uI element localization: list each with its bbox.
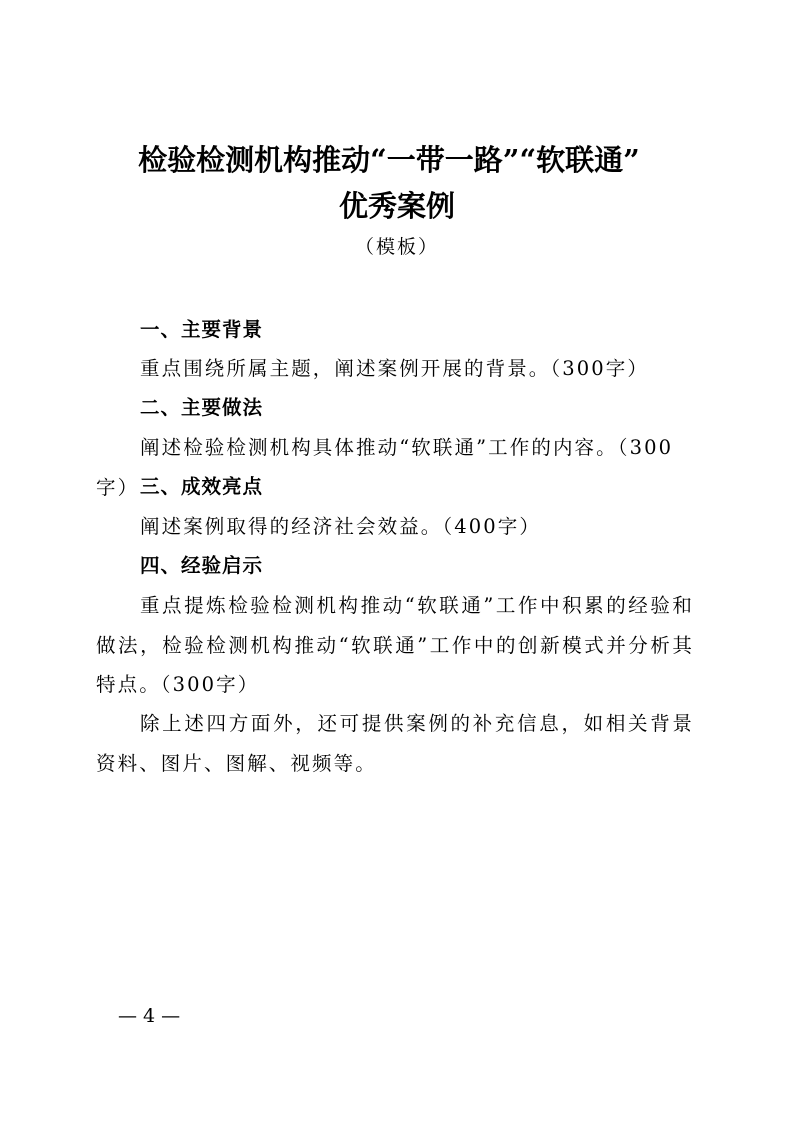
closing-note: 除上述四方面外，还可提供案例的补充信息，如相关背景资料、图片、图解、视频等。 [96,704,694,783]
page-number: — 4 — [118,1004,180,1028]
section-heading-3: 三、成效亮点 [96,467,696,507]
document-page: 检验检测机构推动“一带一路”“软联通” 优秀案例 （模板） 一、主要背景 重点围… [0,0,794,1123]
section-body-4: 重点提炼检验检测机构推动“软联通”工作中积累的经验和做法，检验检测机构推动“软联… [96,586,694,705]
section-heading-2: 二、主要做法 [96,388,696,428]
document-subtitle: （模板） [0,234,794,260]
section-heading-1: 一、主要背景 [96,310,696,350]
section-heading-4: 四、经验启示 [96,546,696,586]
section-body-3: 阐述案例取得的经济社会效益。（400字） [96,507,696,547]
section-body-1: 重点围绕所属主题，阐述案例开展的背景。（300字） [96,349,696,389]
document-title-line-1: 检验检测机构推动“一带一路”“软联通” [0,142,786,178]
document-title-line-2: 优秀案例 [0,188,794,224]
